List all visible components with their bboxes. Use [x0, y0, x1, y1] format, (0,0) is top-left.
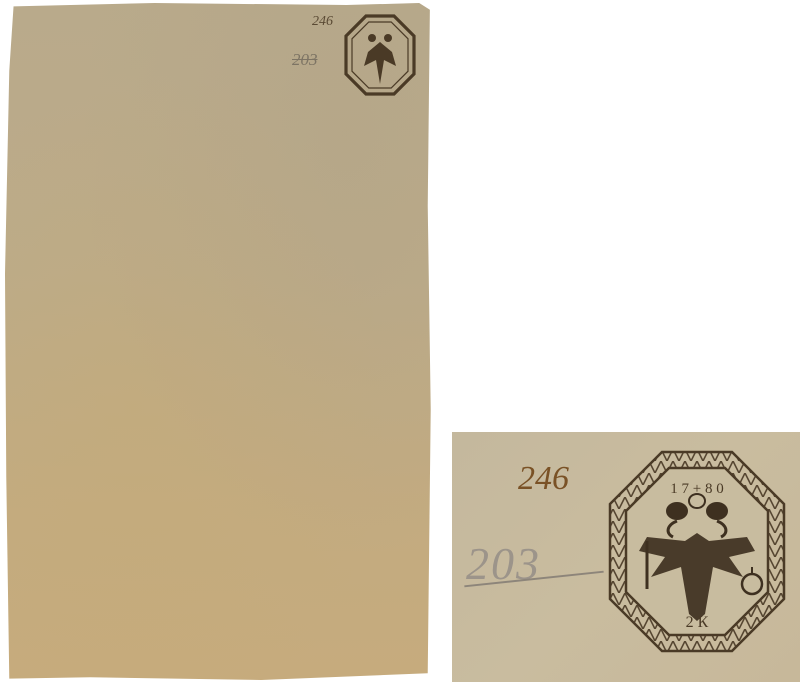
document-sheet — [5, 3, 432, 680]
pencil-folio-number-struck: 203 — [292, 50, 318, 70]
stamp-denomination: 2 К — [686, 614, 709, 631]
detail-inset: 246 203 1 7 + 8 0 2 К — [452, 432, 800, 682]
ink-folio-number: 246 — [312, 14, 333, 30]
stamp-octagon-icon: 1 7 + 8 0 2 К — [607, 449, 787, 654]
ink-folio-number-enlarged: 246 — [518, 460, 569, 498]
stamp-icon — [344, 14, 416, 96]
